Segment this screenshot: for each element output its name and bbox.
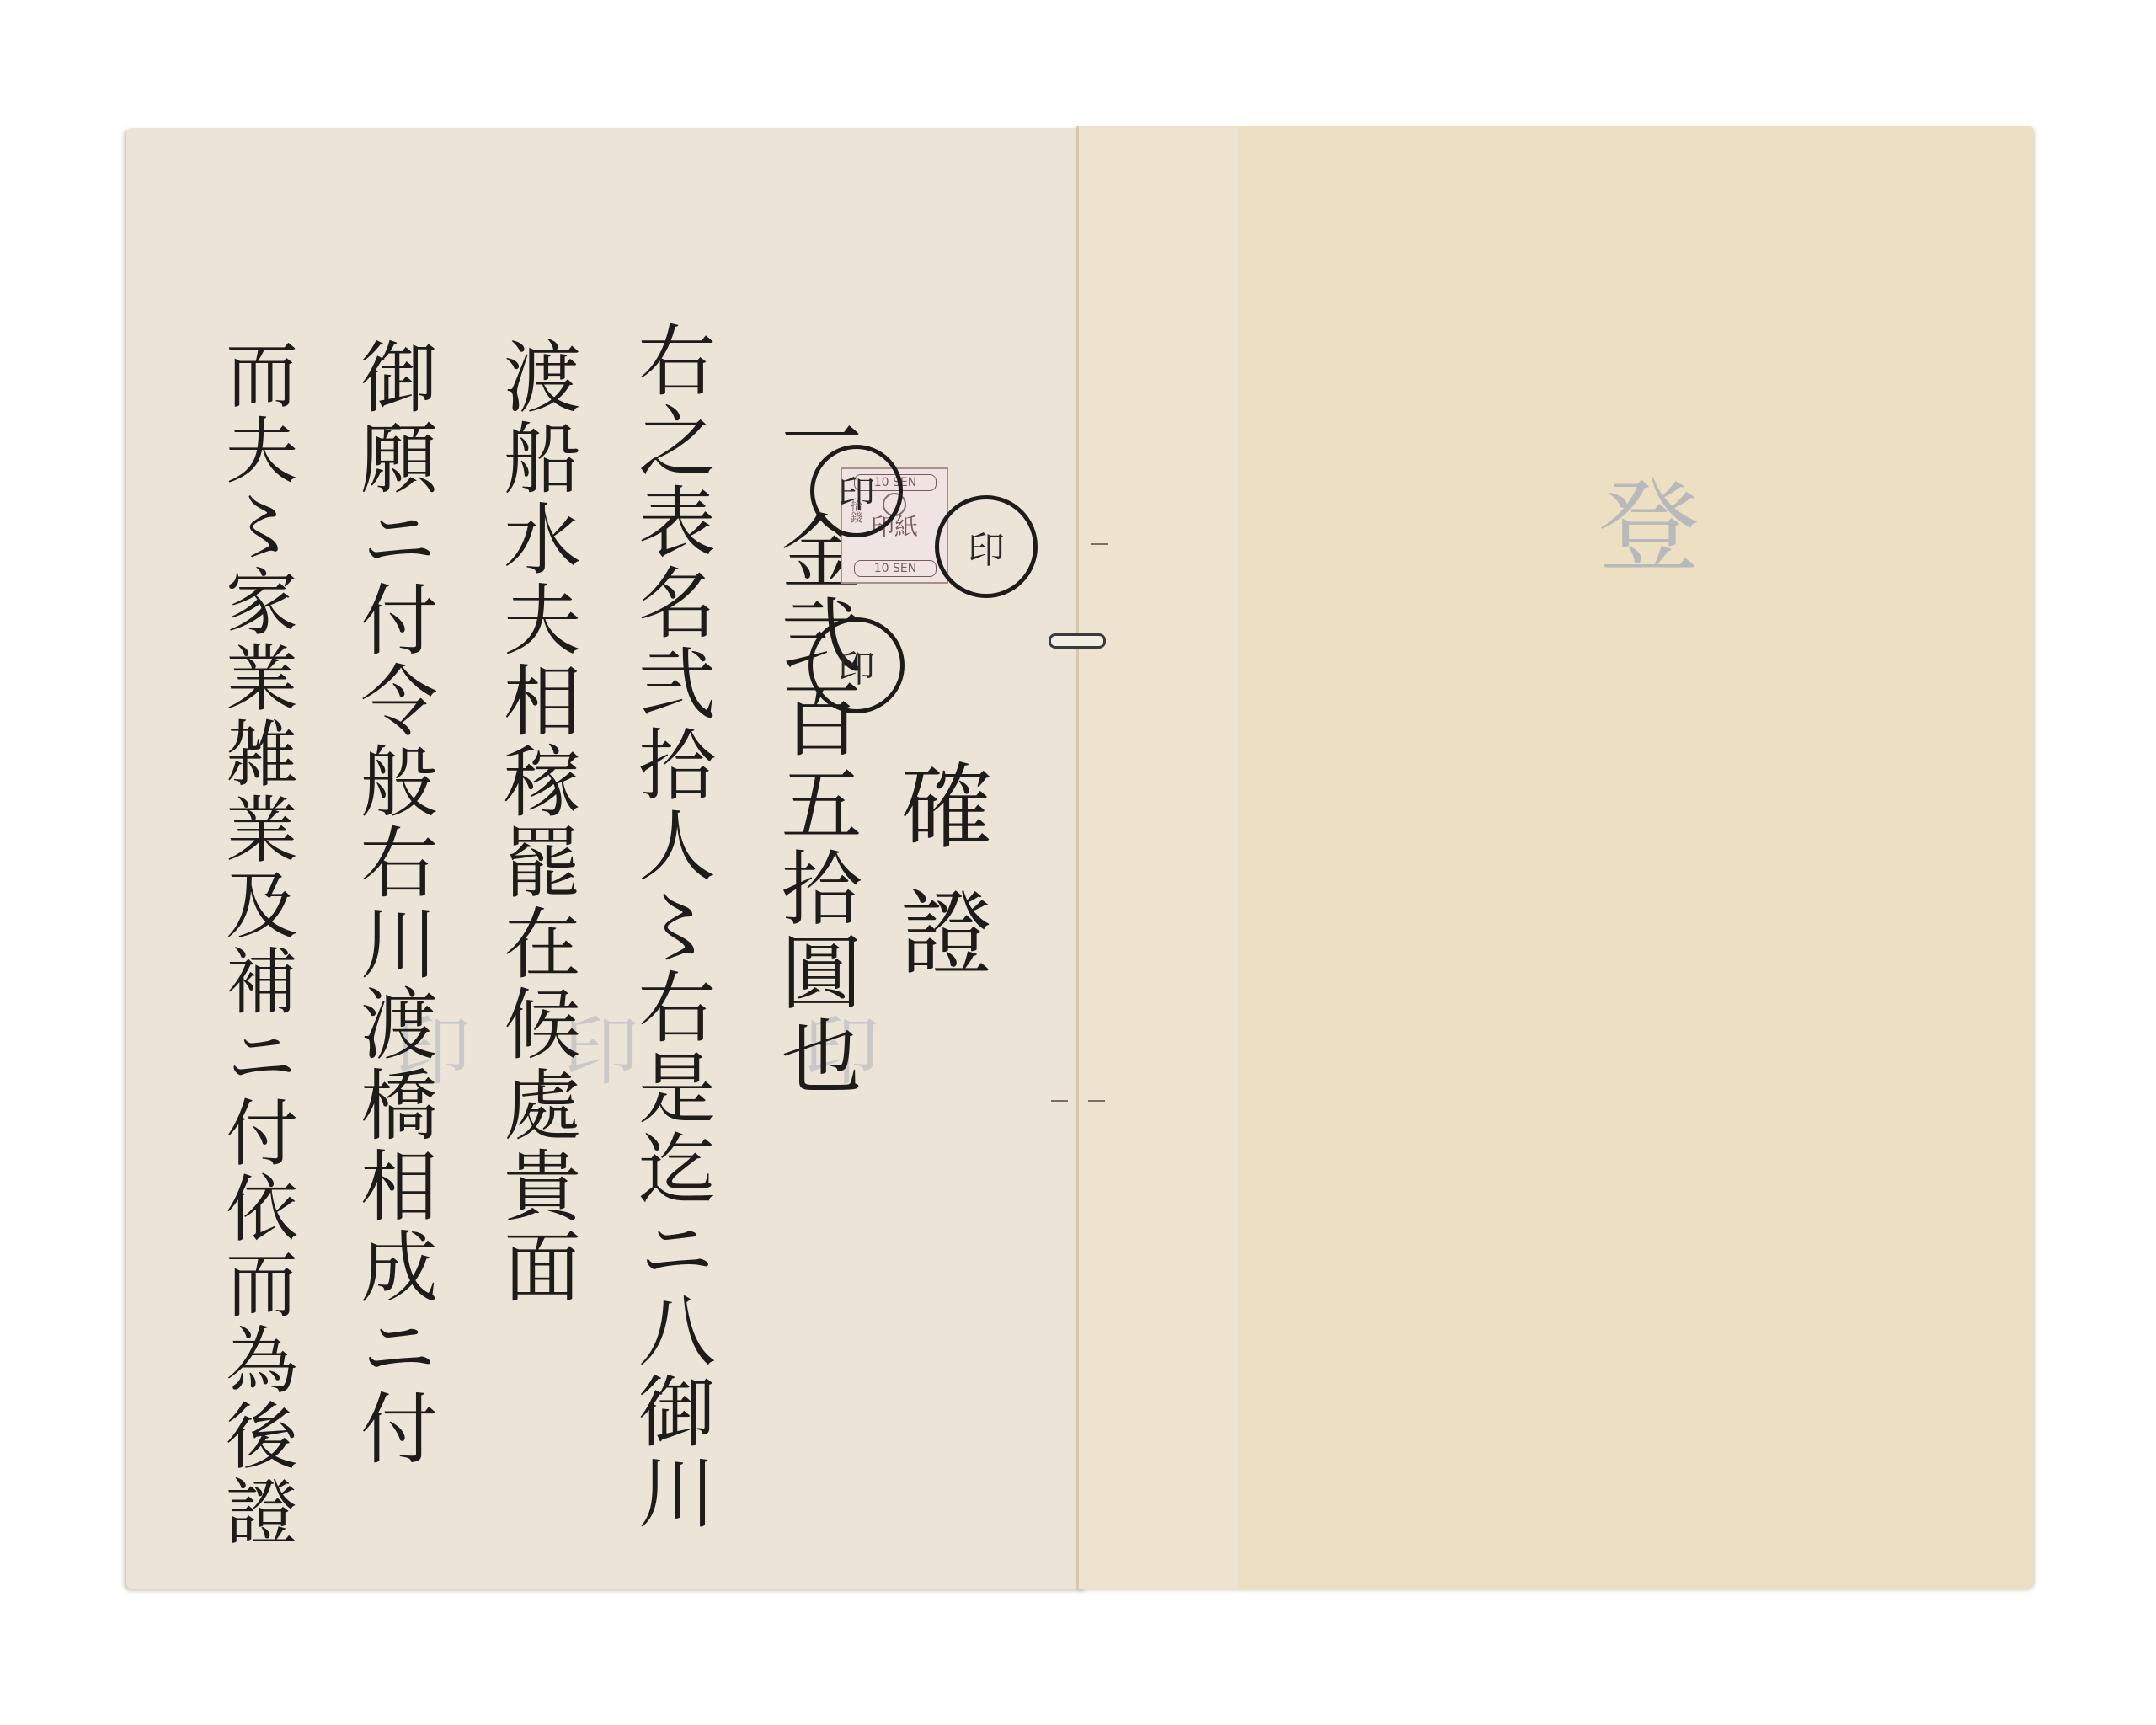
page-fold: [1076, 126, 1079, 1589]
stamp-bottom-label: 10 SEN: [854, 560, 937, 577]
document-title: 確證: [893, 758, 985, 1011]
body-column-1: 右之表名弐拾人〻右是迄ニ八御川: [632, 320, 709, 1533]
fold-mark: [1051, 1100, 1068, 1102]
seal-stamp: 印: [935, 495, 1038, 598]
body-column-4: 而夫〻家業雑業及補ニ付依而為後證: [219, 337, 291, 1550]
seal-stamp: 印: [810, 445, 903, 537]
body-column-2: 渡船水夫相稼罷在候處貴面: [497, 337, 574, 1307]
right-page-back-sheet: [1238, 126, 2033, 1589]
fold-mark: [1088, 1100, 1105, 1102]
body-column-3: 御願ニ付令般右川渡橋相成ニ付: [354, 337, 431, 1469]
show-through-mark: 登: [1598, 446, 1700, 591]
seal-stamp: 印: [808, 617, 905, 713]
fold-mark: [1091, 543, 1108, 545]
right-page: 登: [1076, 126, 2033, 1589]
binding-staple: [1049, 633, 1106, 649]
